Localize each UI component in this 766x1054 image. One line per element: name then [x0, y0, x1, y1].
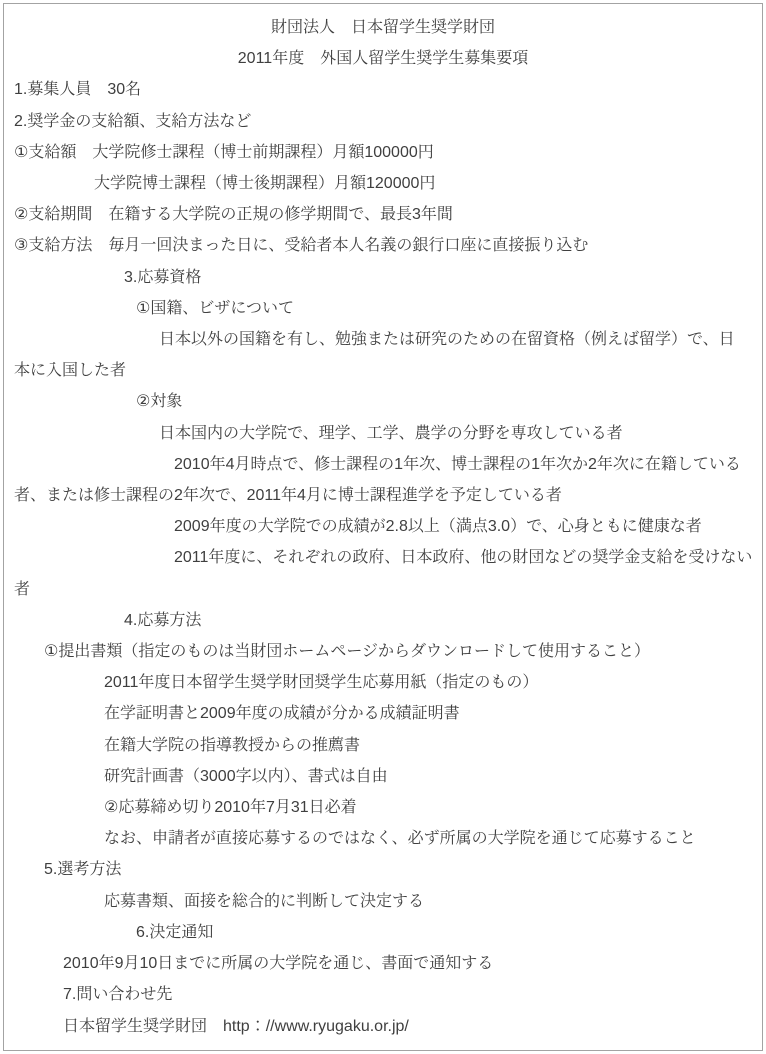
line-stipend-period: ②支給期間 在籍する大学院の正規の修学期間で、最長3年間: [14, 199, 752, 230]
line-selection-method-heading: 5.選考方法: [44, 854, 752, 885]
line-nationality-visa-heading: ①国籍、ビザについて: [136, 293, 752, 324]
line-stipend-section-heading: 2.奨学金の支給額、支給方法など: [14, 106, 752, 137]
line-note-apply-via-school: なお、申請者が直接応募するのではなく、必ず所属の大学院を通じて応募すること: [104, 823, 752, 854]
line-nationality-requirement-wrap: 本に入国した者: [14, 355, 752, 386]
line-stipend-amount-doctoral: 大学院博士課程（博士後期課程）月額120000円: [94, 168, 752, 199]
line-enrollment-requirement: 2010年4月時点で、修士課程の1年次、博士課程の1年次か2年次に在籍している: [174, 449, 752, 480]
line-enrollment-requirement-wrap: 者、または修士課程の2年次で、2011年4月に博士課程進学を予定している者: [14, 480, 752, 511]
line-nationality-requirement: 日本以外の国籍を有し、勉強または研究のための在留資格（例えば留学）で、日: [159, 324, 752, 355]
line-eligibility-heading: 3.応募資格: [124, 262, 752, 293]
line-field-requirement: 日本国内の大学院で、理学、工学、農学の分野を専攻している者: [159, 418, 752, 449]
line-target-heading: ②対象: [136, 386, 752, 417]
line-payment-method: ③支給方法 毎月一回決まった日に、受給者本人名義の銀行口座に直接振り込む: [14, 230, 752, 261]
line-application-method-heading: 4.応募方法: [124, 605, 752, 636]
line-notification-date: 2010年9月10日までに所属の大学院を通じ、書面で通知する: [63, 948, 752, 979]
line-decision-notice-heading: 6.決定通知: [136, 917, 752, 948]
line-research-plan: 研究計画書（3000字以内）、書式は自由: [104, 761, 752, 792]
doc-subtitle: 2011年度 外国人留学生奨学生募集要項: [14, 43, 752, 74]
line-application-deadline: ②応募締め切り2010年7月31日必着: [104, 792, 752, 823]
line-contact-heading: 7.問い合わせ先: [63, 979, 752, 1010]
line-recommendation-letter: 在籍大学院の指導教授からの推薦書: [104, 730, 752, 761]
line-recruitment-number: 1.募集人員 30名: [14, 74, 752, 105]
line-no-other-scholarship-wrap: 者: [14, 574, 752, 605]
line-no-other-scholarship: 2011年度に、それぞれの政府、日本政府、他の財団などの奨学金支給を受けない: [174, 542, 752, 573]
document-page: 財団法人 日本留学生奨学財団 2011年度 外国人留学生奨学生募集要項 1.募集…: [3, 3, 763, 1051]
line-stipend-amount-masters: ①支給額 大学院修士課程（博士前期課程）月額100000円: [14, 137, 752, 168]
line-contact-info: 日本留学生奨学財団 http：//www.ryugaku.or.jp/: [63, 1011, 752, 1042]
line-documents-heading: ①提出書類（指定のものは当財団ホームページからダウンロードして使用すること）: [44, 636, 752, 667]
doc-title: 財団法人 日本留学生奨学財団: [14, 12, 752, 43]
line-enrollment-certificate: 在学証明書と2009年度の成績が分かる成績証明書: [104, 698, 752, 729]
line-application-form: 2011年度日本留学生奨学財団奨学生応募用紙（指定のもの）: [104, 667, 752, 698]
line-selection-criteria: 応募書類、面接を総合的に判断して決定する: [104, 886, 752, 917]
line-gpa-requirement: 2009年度の大学院での成績が2.8以上（満点3.0）で、心身ともに健康な者: [174, 511, 752, 542]
